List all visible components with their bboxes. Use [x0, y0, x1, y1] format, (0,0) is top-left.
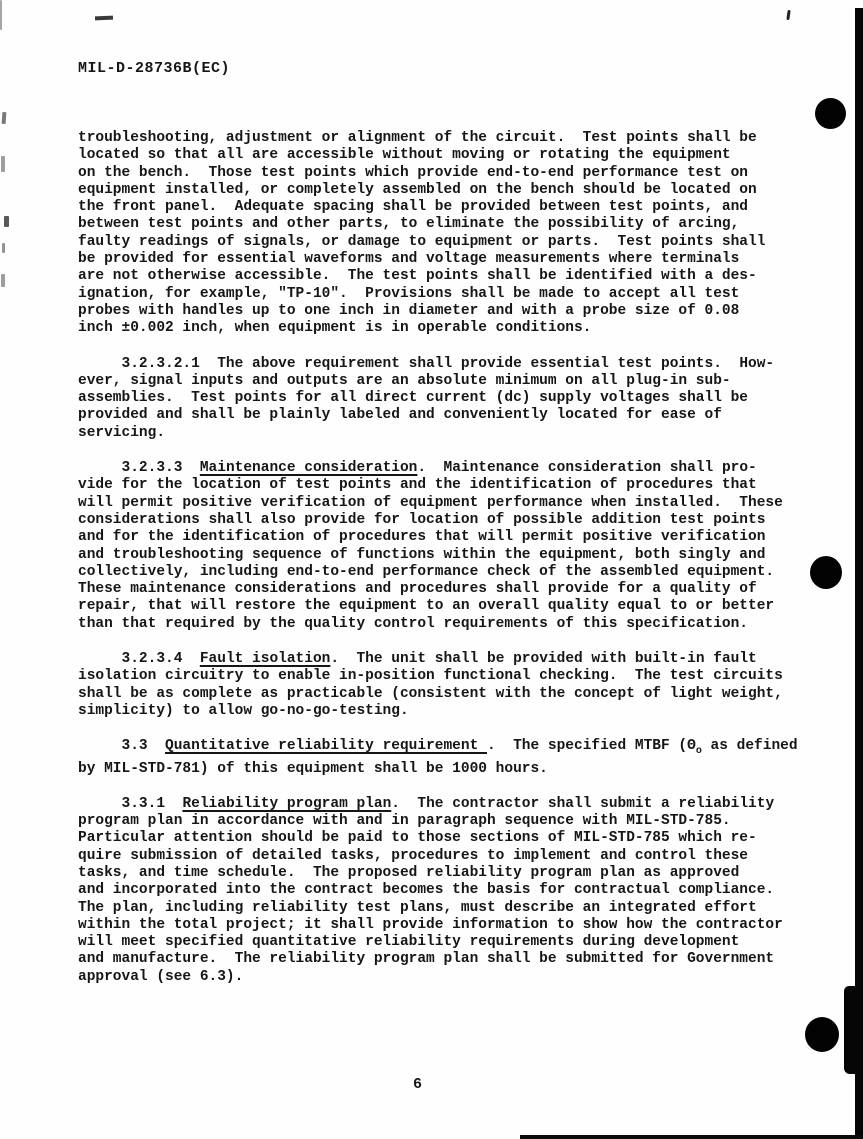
paragraph-3-2-3-2-1: 3.2.3.2.1 The above requirement shall pr…: [78, 356, 808, 442]
paragraph-text: 3.2.3.2.1 The above requirement shall pr…: [78, 356, 774, 441]
section-number: 3.3: [78, 738, 165, 754]
scan-mark-speck: [4, 216, 9, 227]
section-heading: Fault isolation: [200, 651, 331, 667]
scan-mark-speck: [2, 112, 7, 124]
paragraph-3-2-3-4: 3.2.3.4 Fault isolation. The unit shall …: [78, 651, 808, 720]
scan-edge-bottom: [520, 1135, 863, 1139]
document-body: troubleshooting, adjustment or alignment…: [78, 130, 808, 1004]
scan-mark-dash: [95, 16, 113, 20]
paragraph-text: . The contractor shall submit a reliabil…: [78, 796, 783, 985]
scan-mark-speck: [0, 0, 2, 30]
scan-edge-bar-right-wide: [844, 986, 863, 1074]
page-number: 6: [413, 1076, 422, 1093]
scan-mark-speck: [2, 243, 5, 253]
paragraph-3-3: 3.3 Quantitative reliability requirement…: [78, 738, 808, 778]
paragraph-3-3-1: 3.3.1 Reliability program plan. The cont…: [78, 796, 808, 986]
scan-mark-speck: [1, 274, 5, 287]
paragraph-text: . The specified MTBF (Θ: [487, 738, 696, 754]
section-number: 3.3.1: [78, 796, 182, 812]
punch-hole-mark-top: [815, 98, 846, 129]
section-heading: Maintenance consideration: [200, 460, 418, 476]
punch-hole-mark-middle: [810, 556, 842, 589]
section-number: 3.2.3.3: [78, 460, 200, 476]
paragraph-text: troubleshooting, adjustment or alignment…: [78, 130, 765, 336]
section-number: 3.2.3.4: [78, 651, 200, 667]
punch-hole-mark-bottom: [805, 1017, 839, 1052]
paragraph-continuation: troubleshooting, adjustment or alignment…: [78, 130, 808, 338]
scan-edge-bar-right: [855, 8, 863, 1139]
section-heading: Quantitative reliability requirement: [165, 738, 487, 754]
paragraph-3-2-3-3: 3.2.3.3 Maintenance consideration. Maint…: [78, 460, 808, 633]
scan-mark-apostrophe: [786, 10, 790, 20]
scanned-document-page: MIL-D-28736B(EC) troubleshooting, adjust…: [0, 0, 863, 1139]
paragraph-text: . Maintenance consideration shall pro- v…: [78, 460, 783, 632]
document-id-header: MIL-D-28736B(EC): [78, 60, 230, 77]
scan-mark-speck: [1, 156, 5, 172]
section-heading: Reliability program plan: [182, 796, 391, 812]
